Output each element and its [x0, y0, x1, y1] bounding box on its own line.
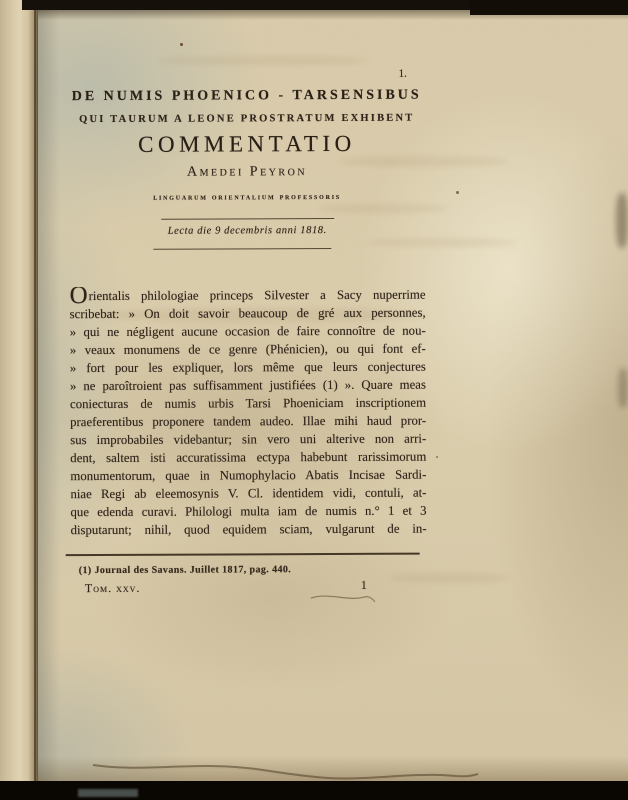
body-line: monumentorum, quae in Numophylacio Abati… — [70, 466, 426, 486]
scanned-book-photo: 1. DE NUMIS PHOENICO - TARSENSIBUS QUI T… — [0, 0, 628, 800]
body-line: » fort pour les expliquer, lors même que… — [70, 358, 426, 378]
initial-capital: O — [70, 286, 89, 306]
volume-label: Tom. xxv. — [85, 581, 141, 596]
title-line-1: DE NUMIS PHOENICO - TARSENSIBUS — [69, 88, 425, 106]
ornament-rule-bottom — [153, 248, 331, 250]
body-line: coniecturas de numis urbis Tarsi Phoenic… — [70, 394, 426, 414]
body-line: niae Regi ab eleemosynis V. Cl. identide… — [70, 484, 426, 504]
body-line: dent, saltem isti accuratissima ectypa h… — [70, 448, 426, 468]
scan-dark-edge-top-right — [470, 0, 628, 15]
lecture-date-note: Lecta die 9 decembris anni 1818. — [69, 225, 425, 238]
signature-flourish — [309, 588, 389, 608]
author-name: Amedei Peyron — [69, 164, 425, 182]
body-line: disputarunt; nihil, quod equidem sciam, … — [71, 520, 427, 540]
body-line: sus improbabiles videbantur; sin vero un… — [70, 430, 426, 450]
book-page: 1. DE NUMIS PHOENICO - TARSENSIBUS QUI T… — [38, 8, 628, 782]
body-line: praeferentibus proponere tandem audeo. I… — [70, 412, 426, 432]
footnote-rule — [66, 553, 420, 556]
author-role: linguarum orientalium professoris — [69, 191, 425, 203]
ornament-rule-top — [161, 218, 334, 220]
body-line: » qui ne négligent aucune occasion de fa… — [70, 322, 426, 342]
footnote: (1) Journal des Savans. Juillet 1817, pa… — [79, 564, 291, 576]
body-line: que edenda curavi. Philologi multa iam d… — [70, 502, 426, 522]
page-number: 1. — [399, 68, 407, 80]
main-title: COMMENTATIO — [69, 131, 425, 159]
body-line: scribebat: » On doit savoir beaucoup de … — [70, 304, 426, 324]
body-line: » veaux monumens de ce genre (Phénicien)… — [70, 340, 426, 360]
body-line: Orientalis philologiae princeps Silveste… — [70, 286, 426, 306]
book-gutter-fold — [0, 0, 38, 789]
body-line: » ne paroîtroient pas suffisamment justi… — [70, 376, 426, 396]
title-line-2: QUI TAURUM A LEONE PROSTRATUM EXHIBENT — [69, 113, 425, 126]
printed-content: 1. DE NUMIS PHOENICO - TARSENSIBUS QUI T… — [36, 7, 628, 784]
underlying-page-sliver — [78, 789, 138, 797]
body-line-text: rientalis philologiae princeps Silvester… — [89, 288, 426, 303]
body-paragraph: Orientalis philologiae princeps Silveste… — [70, 286, 427, 540]
